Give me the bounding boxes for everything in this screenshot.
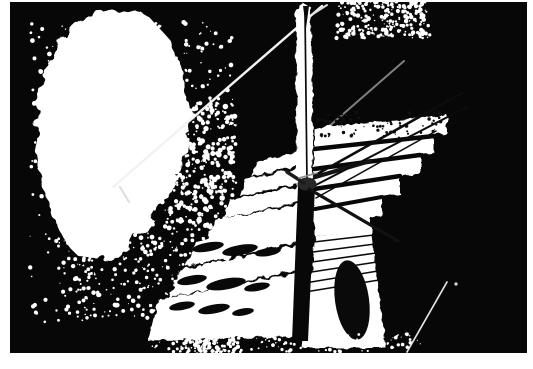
photo-canvas: [0, 0, 533, 369]
bottom-right-dot: [454, 282, 457, 285]
binarized-staircase-photo: [0, 0, 533, 369]
